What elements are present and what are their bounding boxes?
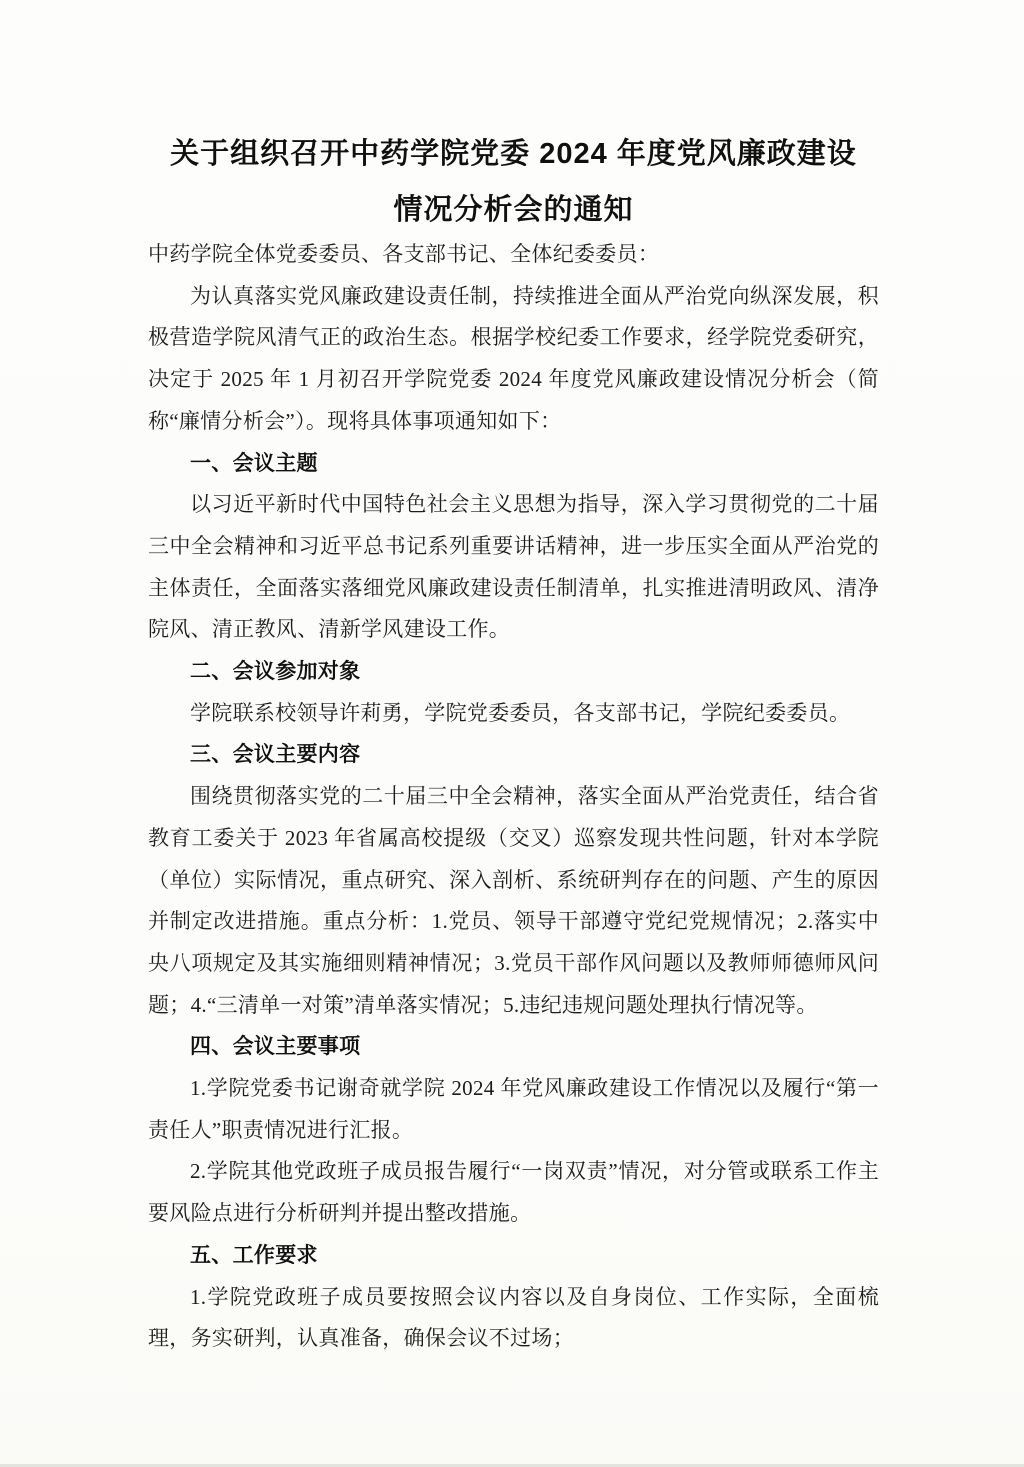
document-title: 关于组织召开中药学院党委 2024 年度党风廉政建设 情况分析会的通知	[148, 126, 879, 238]
salutation-line: 中药学院全体党委委员、各支部书记、全体纪委委员：	[148, 234, 879, 276]
section-3-paragraph-1: 围绕贯彻落实党的二十届三中全会精神，落实全面从严治党责任，结合省教育工委关于 2…	[148, 776, 879, 1026]
notice-document: 关于组织召开中药学院党委 2024 年度党风廉政建设 情况分析会的通知 中药学院…	[148, 126, 879, 1360]
title-line-2: 情况分析会的通知	[148, 182, 879, 238]
section-2-heading: 二、会议参加对象	[148, 651, 879, 693]
section-5-paragraph-1: 1.学院党政班子成员要按照会议内容以及自身岗位、工作实际，全面梳理，务实研判，认…	[148, 1277, 879, 1360]
section-4-paragraph-1: 1.学院党委书记谢奇就学院 2024 年党风廉政建设工作情况以及履行“第一责任人…	[148, 1068, 879, 1151]
section-4-heading: 四、会议主要事项	[148, 1026, 879, 1068]
section-2-paragraph-1: 学院联系校领导许莉勇，学院党委委员，各支部书记，学院纪委委员。	[148, 693, 879, 735]
document-body: 中药学院全体党委委员、各支部书记、全体纪委委员： 为认真落实党风廉政建设责任制，…	[148, 234, 879, 1360]
section-3-heading: 三、会议主要内容	[148, 734, 879, 776]
section-5-heading: 五、工作要求	[148, 1235, 879, 1277]
intro-paragraph: 为认真落实党风廉政建设责任制，持续推进全面从严治党向纵深发展，积极营造学院风清气…	[148, 276, 879, 443]
scanned-page: 关于组织召开中药学院党委 2024 年度党风廉政建设 情况分析会的通知 中药学院…	[0, 0, 1024, 1467]
title-line-1: 关于组织召开中药学院党委 2024 年度党风廉政建设	[148, 126, 879, 182]
section-1-heading: 一、会议主题	[148, 443, 879, 485]
section-1-paragraph-1: 以习近平新时代中国特色社会主义思想为指导，深入学习贯彻党的二十届三中全会精神和习…	[148, 484, 879, 651]
section-4-paragraph-2: 2.学院其他党政班子成员报告履行“一岗双责”情况，对分管或联系工作主要风险点进行…	[148, 1151, 879, 1234]
